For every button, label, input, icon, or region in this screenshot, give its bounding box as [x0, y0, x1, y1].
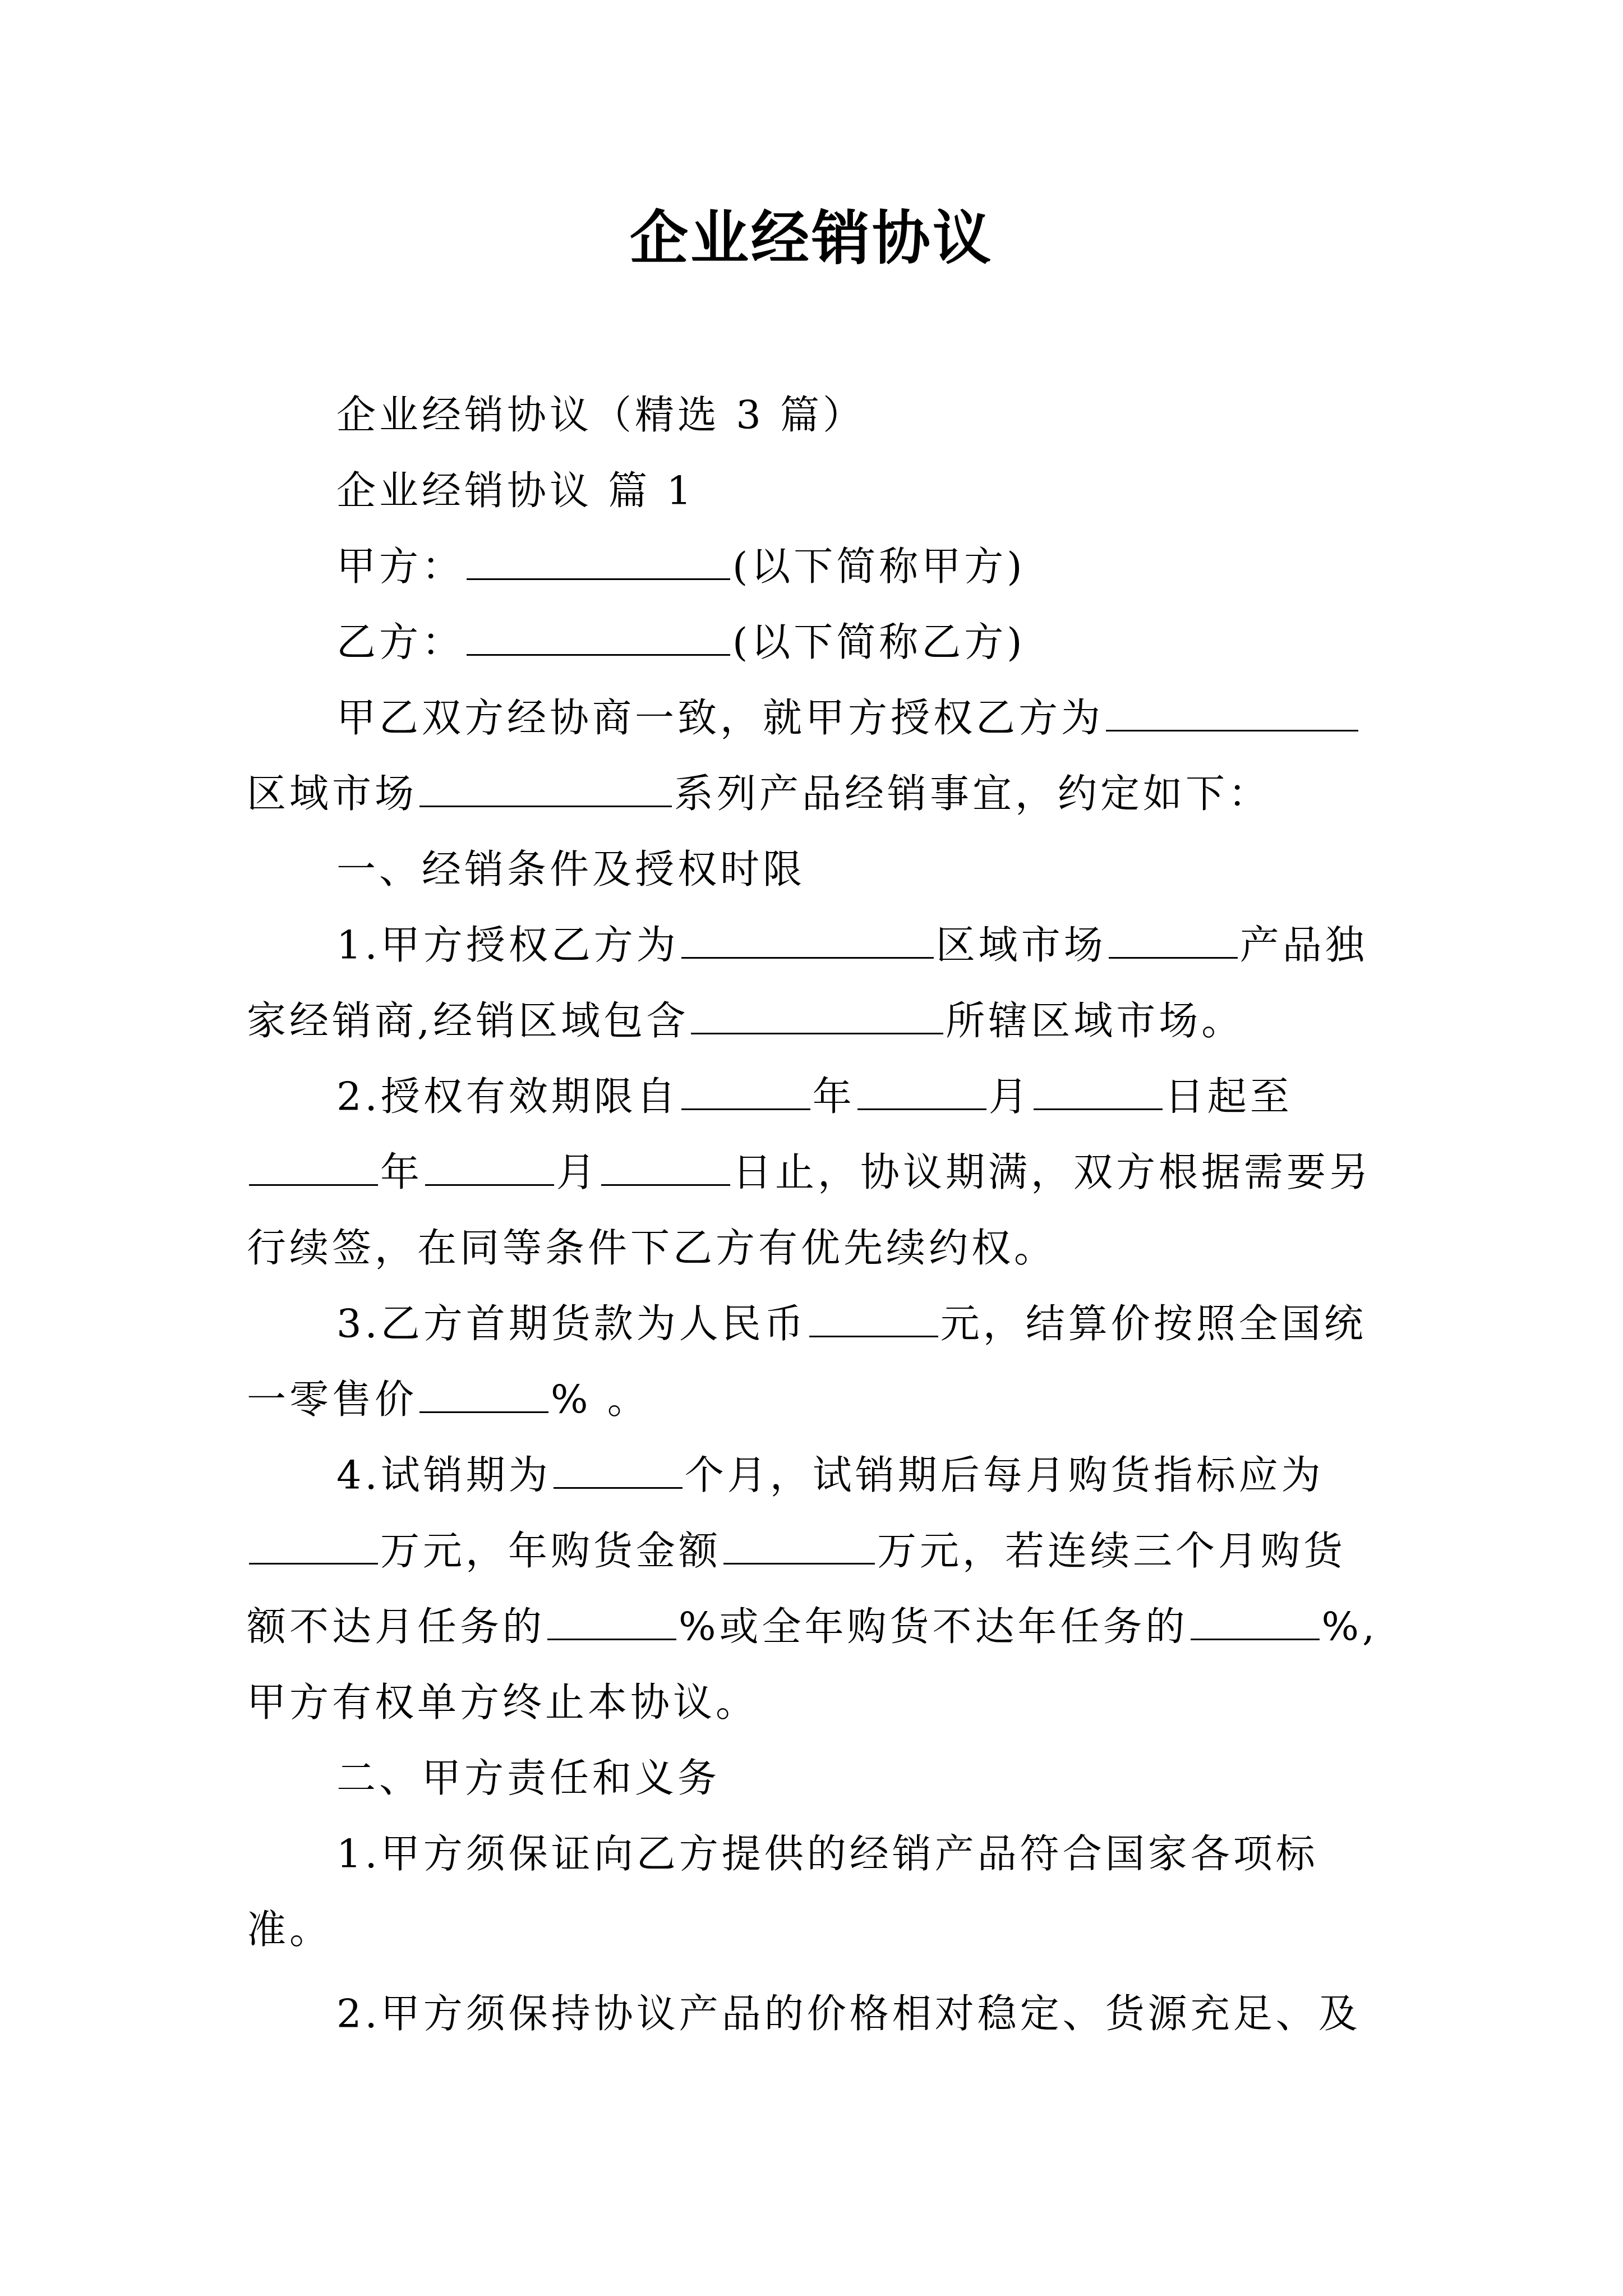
section2-heading: 二、甲方责任和义务	[247, 1750, 1481, 1806]
s1-item4-line3: 额不达月任务的%或全年购货不达年任务的%,	[247, 1599, 1391, 1655]
s1-item2-text-a: 2.授权有效期限自	[336, 1074, 679, 1120]
s1-item2-text-d: 日起至	[1165, 1074, 1293, 1120]
s1-item2-month-label: 月	[989, 1074, 1031, 1120]
s1-item3-text-d: % 。	[551, 1377, 650, 1423]
s2-item2-line1: 2.甲方须保持协议产品的价格相对稳定、货源充足、及	[247, 1986, 1481, 2042]
s1-item2-line2: 年月日止，协议期满，双方根据需要另	[247, 1144, 1391, 1200]
s1-item4-text-a: 4.试销期为	[336, 1452, 551, 1498]
s1-item3-line1: 3.乙方首期货款为人民币元，结算价按照全国统	[247, 1296, 1481, 1352]
intro-suffix-2: 系列产品经销事宜，约定如下：	[674, 771, 1271, 817]
party-b-line: 乙方：(以下简称乙方)	[247, 614, 1481, 670]
s1-item1-text-e: 所辖区域市场。	[946, 998, 1244, 1044]
intro-line-2: 区域市场系列产品经销事宜，约定如下：	[247, 766, 1391, 822]
s1-item4-text-b: 个月，试销期后每月购货指标应为	[685, 1452, 1324, 1498]
end-month-blank[interactable]	[425, 1149, 554, 1186]
s1-item2-end-year-label: 年	[380, 1149, 423, 1195]
s1-item3-text-b: 元，结算价按照全国统	[940, 1301, 1367, 1347]
s1-item2-line3: 行续签，在同等条件下乙方有优先续约权。	[247, 1220, 1391, 1276]
s1-item3-line2: 一零售价% 。	[247, 1372, 1391, 1428]
s1-item1-text-d: 家经销商,经销区域包含	[247, 998, 689, 1044]
s1-item4-line2: 万元，年购货金额万元，若连续三个月购货	[247, 1523, 1391, 1579]
s1-item2-year-label: 年	[813, 1074, 855, 1120]
intro-product-blank[interactable]	[419, 771, 672, 807]
party-a-line: 甲方：(以下简称甲方)	[247, 539, 1481, 595]
party-b-suffix: (以下简称乙方)	[732, 619, 1026, 665]
annual-percent-blank[interactable]	[1191, 1604, 1320, 1640]
s2-item1-line1: 1.甲方须保证向乙方提供的经销产品符合国家各项标	[247, 1826, 1481, 1882]
end-day-blank[interactable]	[601, 1149, 730, 1186]
s1-item4-line1: 4.试销期为个月，试销期后每月购货指标应为	[247, 1447, 1481, 1503]
s1-item2-line1: 2.授权有效期限自年月日起至	[247, 1069, 1481, 1125]
trial-months-blank[interactable]	[554, 1452, 683, 1489]
intro-text-1: 甲乙双方经协商一致，就甲方授权乙方为	[336, 695, 1104, 741]
party-b-label: 乙方：	[336, 619, 464, 665]
s1-item4-line4: 甲方有权单方终止本协议。	[247, 1674, 1391, 1731]
intro-prefix-2: 区域市场	[247, 771, 417, 817]
part-heading: 企业经销协议 篇 1	[247, 463, 1481, 519]
annual-amount-blank[interactable]	[723, 1528, 875, 1565]
s2-item1-line2: 准。	[247, 1902, 1391, 1958]
intro-region-blank[interactable]	[1106, 695, 1358, 731]
s1-item4-text-d: 万元，若连续三个月购货	[877, 1528, 1346, 1574]
retail-percent-blank[interactable]	[419, 1377, 548, 1413]
s1-item2-end-month-label: 月	[556, 1149, 599, 1195]
party-a-suffix: (以下简称甲方)	[732, 544, 1026, 590]
initial-payment-blank[interactable]	[809, 1301, 938, 1337]
intro-line-1: 甲乙双方经协商一致，就甲方授权乙方为	[247, 690, 1481, 746]
start-day-blank[interactable]	[1034, 1074, 1163, 1110]
s1-item4-text-c: 万元，年购货金额	[380, 1528, 721, 1574]
document-subtitle: 企业经销协议（精选 3 篇）	[247, 387, 1481, 443]
s1-item3-text-c: 一零售价	[247, 1377, 417, 1423]
monthly-target-blank[interactable]	[249, 1528, 378, 1565]
end-year-blank[interactable]	[249, 1149, 378, 1186]
document-title: 企业经销协议	[0, 199, 1623, 278]
party-a-blank[interactable]	[467, 544, 730, 580]
s1-item4-text-g: %,	[1322, 1604, 1378, 1650]
start-year-blank[interactable]	[681, 1074, 810, 1110]
party-b-blank[interactable]	[467, 619, 730, 656]
s1-item1-text-b: 区域市场	[936, 922, 1106, 968]
s1-item4-text-e: 额不达月任务的	[247, 1604, 545, 1650]
s1-item2-text-e: 日止，协议期满，双方根据需要另	[732, 1149, 1372, 1195]
s1-item1-region-blank[interactable]	[681, 922, 934, 959]
monthly-percent-blank[interactable]	[547, 1604, 676, 1640]
party-a-label: 甲方：	[336, 544, 464, 590]
start-month-blank[interactable]	[857, 1074, 986, 1110]
s1-item1-text-a: 1.甲方授权乙方为	[336, 922, 679, 968]
s1-item1-text-c: 产品独	[1240, 922, 1368, 968]
document-page: 企业经销协议 企业经销协议（精选 3 篇） 企业经销协议 篇 1 甲方：(以下简…	[0, 0, 1623, 2296]
s1-item1-area-blank[interactable]	[691, 998, 943, 1034]
section1-heading: 一、经销条件及授权时限	[247, 841, 1481, 898]
s1-item3-text-a: 3.乙方首期货款为人民币	[336, 1301, 807, 1347]
s1-item4-text-f: %或全年购货不达年任务的	[679, 1604, 1188, 1650]
s1-item1-product-blank[interactable]	[1109, 922, 1238, 959]
s1-item1-line2: 家经销商,经销区域包含所辖区域市场。	[247, 993, 1391, 1049]
s1-item1-line1: 1.甲方授权乙方为区域市场产品独	[247, 917, 1481, 973]
